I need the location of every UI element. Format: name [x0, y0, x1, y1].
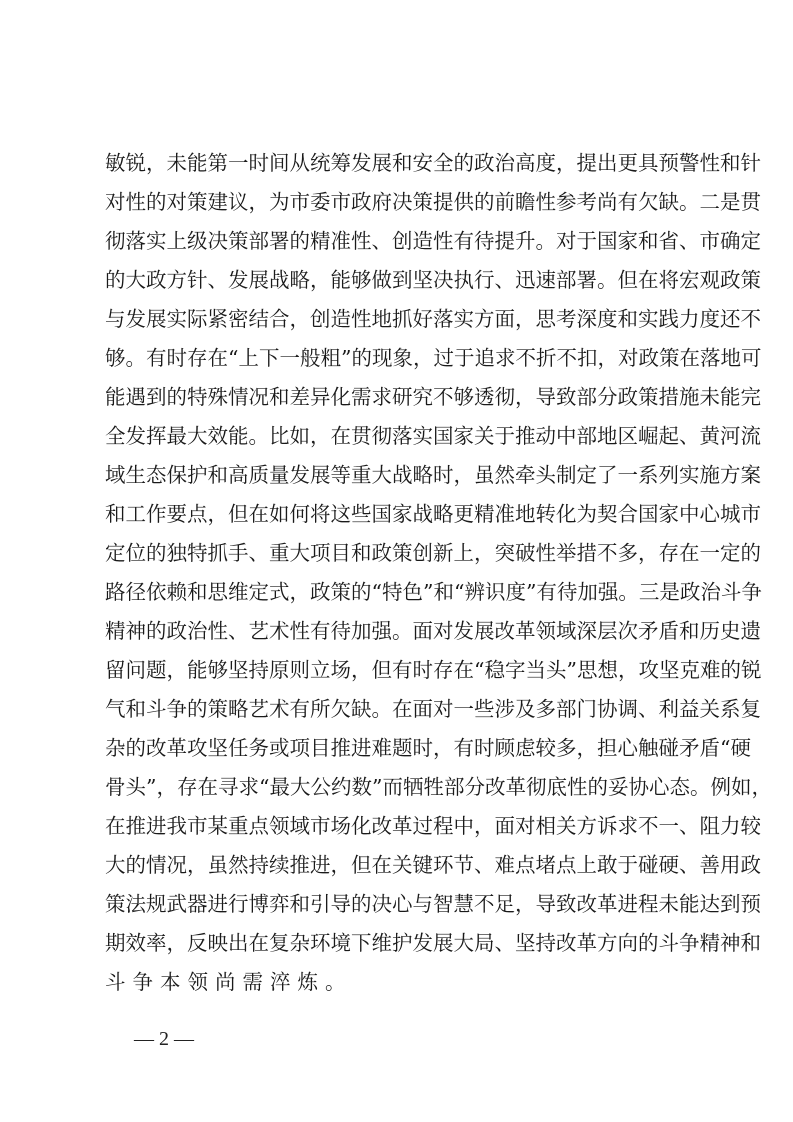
text-line: 骨头”，存在寻求“最大公约数”而牺牲部分改革彻底性的妥协心态。例如， — [105, 768, 695, 807]
text-line: 留问题，能够坚持原则立场，但有时存在“稳字当头”思想，攻坚克难的锐 — [105, 651, 695, 690]
text-line: 气和斗争的策略艺术有所欠缺。在面对一些涉及多部门协调、利益关系复 — [105, 690, 695, 729]
text-line: 大的情况，虽然持续推进，但在关键环节、难点堵点上敢于碰硬、善用政 — [105, 846, 695, 885]
body-paragraph: 敏锐，未能第一时间从统筹发展和安全的政治高度，提出更具预警性和针 对性的对策建议… — [105, 144, 695, 1002]
text-line: 能遇到的特殊情况和差异化需求研究不够透彻，导致部分政策措施未能完 — [105, 378, 695, 417]
text-line: 的大政方针、发展战略，能够做到坚决执行、迅速部署。但在将宏观政策 — [105, 261, 695, 300]
text-line: 够。有时存在“上下一般粗”的现象，过于追求不折不扣，对政策在落地可 — [105, 339, 695, 378]
text-line: 与发展实际紧密结合，创造性地抓好落实方面，思考深度和实践力度还不 — [105, 300, 695, 339]
text-line: 和工作要点，但在如何将这些国家战略更精准地转化为契合国家中心城市 — [105, 495, 695, 534]
text-line: 对性的对策建议，为市委市政府决策提供的前瞻性参考尚有欠缺。二是贯 — [105, 183, 695, 222]
text-line: 彻落实上级决策部署的精准性、创造性有待提升。对于国家和省、市确定 — [105, 222, 695, 261]
text-line: 精神的政治性、艺术性有待加强。面对发展改革领域深层次矛盾和历史遗 — [105, 612, 695, 651]
text-line: 路径依赖和思维定式，政策的“特色”和“辨识度”有待加强。三是政治斗争 — [105, 573, 695, 612]
document-page: 敏锐，未能第一时间从统筹发展和安全的政治高度，提出更具预警性和针 对性的对策建议… — [0, 0, 793, 1122]
text-line: 策法规武器进行博弈和引导的决心与智慧不足，导致改革进程未能达到预 — [105, 885, 695, 924]
page-number: — 2 — — [134, 1027, 194, 1051]
text-line: 杂的改革攻坚任务或项目推进难题时，有时顾虑较多，担心触碰矛盾“硬 — [105, 729, 695, 768]
text-line: 斗争本领尚需淬炼。 — [105, 963, 695, 1002]
text-line: 定位的独特抓手、重大项目和政策创新上，突破性举措不多，存在一定的 — [105, 534, 695, 573]
text-line: 期效率，反映出在复杂环境下维护发展大局、坚持改革方向的斗争精神和 — [105, 924, 695, 963]
text-line: 域生态保护和高质量发展等重大战略时，虽然牵头制定了一系列实施方案 — [105, 456, 695, 495]
text-line: 敏锐，未能第一时间从统筹发展和安全的政治高度，提出更具预警性和针 — [105, 144, 695, 183]
text-line: 全发挥最大效能。比如，在贯彻落实国家关于推动中部地区崛起、黄河流 — [105, 417, 695, 456]
text-line: 在推进我市某重点领域市场化改革过程中，面对相关方诉求不一、阻力较 — [105, 807, 695, 846]
